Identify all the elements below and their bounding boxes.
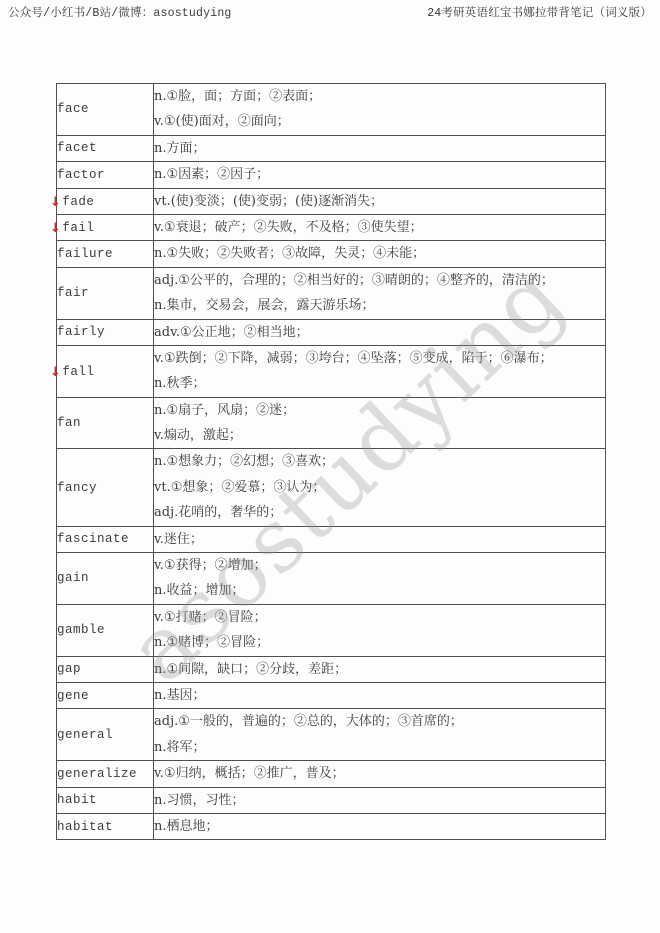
definition-line: n.栖息地；	[154, 814, 605, 839]
table-row: fancyn.①想象力；②幻想；③喜欢；vt.①想象；②爱慕；③认为；adj.花…	[57, 449, 606, 526]
definition-line: n.①失败；②失败者；③故障，失灵；④未能；	[154, 241, 605, 266]
table-row: ↓failv.①衰退；破产；②失败，不及格；③使失望；	[57, 214, 606, 240]
table-row: ↓fadevt.(使)变淡；(使)变弱；(使)逐渐消失；	[57, 188, 606, 214]
definition-line: n.将军；	[154, 735, 605, 760]
word-cell: gap	[57, 656, 154, 682]
word-text: habitat	[57, 820, 113, 834]
header-doc-title: 24考研英语红宝书娜拉带背笔记（词义版）	[427, 4, 652, 20]
table-row: generaladj.①一般的，普遍的；②总的，大体的；③首席的；n.将军；	[57, 709, 606, 761]
definition-cell: n.①间隙，缺口；②分歧，差距；	[154, 656, 606, 682]
definition-line: v.迷住；	[154, 527, 605, 552]
word-cell: fancy	[57, 449, 154, 526]
vocab-table-body: facen.①脸，面；方面；②表面；v.①(使)面对，②面向；facetn.方面…	[57, 84, 606, 840]
word-text: fairly	[57, 325, 105, 339]
word-text: facet	[57, 141, 97, 155]
table-row: gapn.①间隙，缺口；②分歧，差距；	[57, 656, 606, 682]
word-cell: fan	[57, 397, 154, 449]
word-text: generalize	[57, 767, 137, 781]
word-cell: ↓fall	[57, 345, 154, 397]
definition-cell: n.①因素；②因子；	[154, 162, 606, 188]
red-down-arrow-icon: ↓	[50, 221, 61, 236]
word-text: gap	[57, 662, 81, 676]
word-cell: generalize	[57, 761, 154, 787]
definition-cell: v.①打赌；②冒险；n.①赌博；②冒险；	[154, 604, 606, 656]
definition-cell: n.①扇子，风扇；②迷；v.煽动，激起；	[154, 397, 606, 449]
definition-cell: v.①跌倒；②下降，减弱；③垮台；④坠落；⑤变成，陷于；⑥瀑布；n.秋季；	[154, 345, 606, 397]
word-text: fan	[57, 416, 81, 430]
definition-cell: n.栖息地；	[154, 813, 606, 839]
page-header: 公众号/小红书/B站/微博：asostudying 24考研英语红宝书娜拉带背笔…	[8, 4, 652, 20]
word-cell: gamble	[57, 604, 154, 656]
definition-cell: n.基因；	[154, 682, 606, 708]
definition-line: v.①获得；②增加；	[154, 553, 605, 578]
definition-line: n.方面；	[154, 136, 605, 161]
word-cell: face	[57, 84, 154, 136]
word-cell: general	[57, 709, 154, 761]
definition-cell: n.①想象力；②幻想；③喜欢；vt.①想象；②爱慕；③认为；adj.花哨的，奢华…	[154, 449, 606, 526]
table-row: habitatn.栖息地；	[57, 813, 606, 839]
word-text: general	[57, 728, 113, 742]
definition-line: v.①打赌；②冒险；	[154, 605, 605, 630]
document-page: 公众号/小红书/B站/微博：asostudying 24考研英语红宝书娜拉带背笔…	[0, 0, 660, 933]
table-row: fascinatev.迷住；	[57, 526, 606, 552]
definition-line: v.①衰退；破产；②失败，不及格；③使失望；	[154, 215, 605, 240]
vocab-table: facen.①脸，面；方面；②表面；v.①(使)面对，②面向；facetn.方面…	[56, 83, 606, 840]
definition-line: v.煽动，激起；	[154, 423, 605, 448]
definition-cell: v.①获得；②增加；n.收益；增加；	[154, 553, 606, 605]
table-row: generalizev.①归纳，概括；②推广，普及；	[57, 761, 606, 787]
header-social-accounts: 公众号/小红书/B站/微博：asostudying	[8, 4, 232, 20]
word-cell: habit	[57, 787, 154, 813]
table-row: gamblev.①打赌；②冒险；n.①赌博；②冒险；	[57, 604, 606, 656]
table-row: facetn.方面；	[57, 135, 606, 161]
word-text: fair	[57, 286, 89, 300]
word-text: failure	[57, 247, 113, 261]
word-cell: fair	[57, 267, 154, 319]
red-down-arrow-icon: ↓	[50, 365, 61, 380]
definition-line: n.收益；增加；	[154, 578, 605, 603]
definition-line: n.①想象力；②幻想；③喜欢；	[154, 449, 605, 474]
definition-line: vt.(使)变淡；(使)变弱；(使)逐渐消失；	[154, 189, 605, 214]
definition-line: n.秋季；	[154, 371, 605, 396]
word-cell: habitat	[57, 813, 154, 839]
word-text: fascinate	[57, 532, 129, 546]
word-cell: ↓fail	[57, 214, 154, 240]
definition-cell: v.①衰退；破产；②失败，不及格；③使失望；	[154, 214, 606, 240]
word-text: factor	[57, 168, 105, 182]
definition-cell: adv.①公正地；②相当地；	[154, 319, 606, 345]
word-cell: fairly	[57, 319, 154, 345]
table-row: fairlyadv.①公正地；②相当地；	[57, 319, 606, 345]
table-row: factorn.①因素；②因子；	[57, 162, 606, 188]
definition-line: v.①归纳，概括；②推广，普及；	[154, 761, 605, 786]
definition-line: n.习惯，习性；	[154, 788, 605, 813]
word-cell: gene	[57, 682, 154, 708]
definition-line: n.集市，交易会，展会，露天游乐场；	[154, 293, 605, 318]
definition-line: n.①因素；②因子；	[154, 162, 605, 187]
word-text: habit	[57, 793, 97, 807]
definition-line: adv.①公正地；②相当地；	[154, 320, 605, 345]
word-text: gene	[57, 689, 89, 703]
definition-line: vt.①想象；②爱慕；③认为；	[154, 475, 605, 500]
definition-cell: adj.①公平的，合理的；②相当好的；③晴朗的；④整齐的，清洁的；n.集市，交易…	[154, 267, 606, 319]
definition-cell: adj.①一般的，普遍的；②总的，大体的；③首席的；n.将军；	[154, 709, 606, 761]
definition-cell: n.方面；	[154, 135, 606, 161]
red-down-arrow-icon: ↓	[50, 195, 61, 210]
definition-cell: n.①失败；②失败者；③故障，失灵；④未能；	[154, 241, 606, 267]
word-text: fancy	[57, 481, 97, 495]
word-text: fade	[62, 195, 94, 209]
definition-cell: vt.(使)变淡；(使)变弱；(使)逐渐消失；	[154, 188, 606, 214]
definition-cell: n.习惯，习性；	[154, 787, 606, 813]
definition-line: n.①间隙，缺口；②分歧，差距；	[154, 657, 605, 682]
word-text: fail	[62, 221, 94, 235]
word-cell: gain	[57, 553, 154, 605]
definition-line: adj.花哨的，奢华的；	[154, 500, 605, 525]
word-cell: facet	[57, 135, 154, 161]
word-cell: ↓fade	[57, 188, 154, 214]
table-row: habitn.习惯，习性；	[57, 787, 606, 813]
table-row: ↓fallv.①跌倒；②下降，减弱；③垮台；④坠落；⑤变成，陷于；⑥瀑布；n.秋…	[57, 345, 606, 397]
word-text: fall	[62, 365, 94, 379]
definition-line: n.①赌博；②冒险；	[154, 630, 605, 655]
word-cell: factor	[57, 162, 154, 188]
definition-line: n.基因；	[154, 683, 605, 708]
table-row: fann.①扇子，风扇；②迷；v.煽动，激起；	[57, 397, 606, 449]
definition-cell: v.迷住；	[154, 526, 606, 552]
definition-line: adj.①公平的，合理的；②相当好的；③晴朗的；④整齐的，清洁的；	[154, 268, 605, 293]
table-row: failuren.①失败；②失败者；③故障，失灵；④未能；	[57, 241, 606, 267]
word-text: face	[57, 102, 89, 116]
definition-line: n.①脸，面；方面；②表面；	[154, 84, 605, 109]
table-row: fairadj.①公平的，合理的；②相当好的；③晴朗的；④整齐的，清洁的；n.集…	[57, 267, 606, 319]
word-cell: fascinate	[57, 526, 154, 552]
table-row: genen.基因；	[57, 682, 606, 708]
definition-cell: v.①归纳，概括；②推广，普及；	[154, 761, 606, 787]
definition-line: n.①扇子，风扇；②迷；	[154, 398, 605, 423]
definition-line: v.①(使)面对，②面向；	[154, 109, 605, 134]
word-cell: failure	[57, 241, 154, 267]
definition-cell: n.①脸，面；方面；②表面；v.①(使)面对，②面向；	[154, 84, 606, 136]
word-text: gain	[57, 571, 89, 585]
table-row: facen.①脸，面；方面；②表面；v.①(使)面对，②面向；	[57, 84, 606, 136]
table-row: gainv.①获得；②增加；n.收益；增加；	[57, 553, 606, 605]
definition-line: adj.①一般的，普遍的；②总的，大体的；③首席的；	[154, 709, 605, 734]
definition-line: v.①跌倒；②下降，减弱；③垮台；④坠落；⑤变成，陷于；⑥瀑布；	[154, 346, 605, 371]
word-text: gamble	[57, 623, 105, 637]
